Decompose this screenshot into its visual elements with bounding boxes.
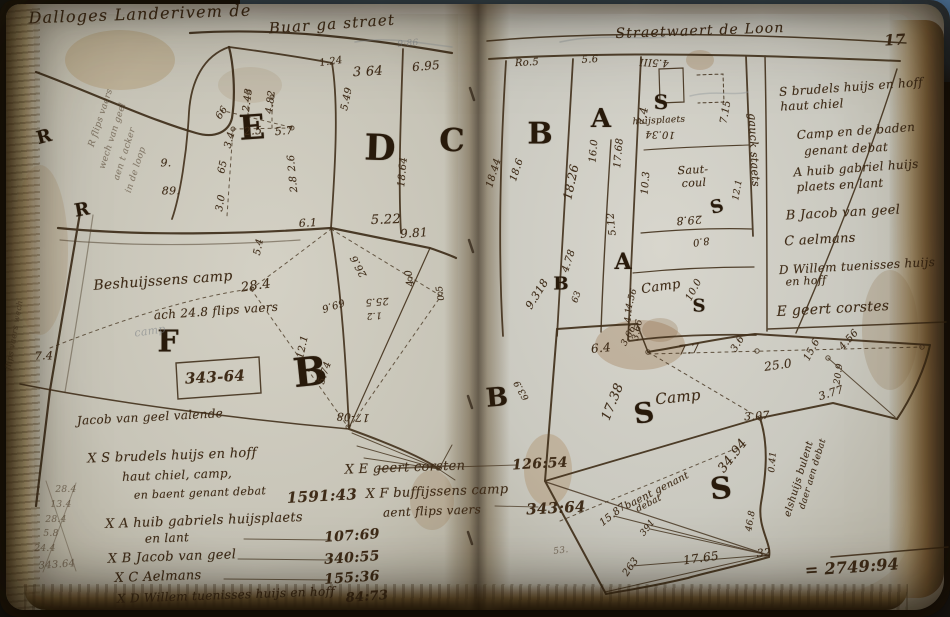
map-label: 63 bbox=[570, 290, 584, 305]
map-label: 1591:43 bbox=[286, 485, 357, 507]
map-label: 5.12 bbox=[605, 212, 618, 236]
map-label: 2.6 bbox=[286, 154, 298, 172]
map-label: 89. bbox=[162, 185, 180, 198]
map-label: 5.4 bbox=[252, 238, 266, 257]
map-label: 4.56 bbox=[837, 328, 861, 353]
map-label: 0.5 bbox=[435, 285, 447, 302]
map-label: plaets en lant bbox=[796, 176, 884, 195]
map-label: 66 bbox=[214, 104, 231, 121]
map-label: 3.77 bbox=[817, 383, 845, 403]
plot-letter: S bbox=[708, 195, 726, 219]
map-label: 6.4 bbox=[590, 340, 611, 356]
map-label: Camp bbox=[640, 277, 681, 297]
map-label: 126:54 bbox=[512, 455, 568, 474]
handwriting-layer: Dalloges Landerivem de Buar ga straet St… bbox=[0, 0, 950, 617]
map-label: 17.65 bbox=[682, 549, 719, 568]
map-label: 2.8 bbox=[288, 175, 300, 193]
map-label: 7.7 bbox=[677, 341, 700, 358]
map-label: 10.3 bbox=[639, 171, 652, 195]
map-label: 65 bbox=[216, 159, 230, 174]
map-label: Ro.5 bbox=[515, 57, 540, 69]
plot-letter: D bbox=[364, 126, 397, 169]
map-label: 340:55 bbox=[324, 548, 381, 568]
map-label: en baent genant debat bbox=[134, 484, 267, 502]
map-label: E geert corstes bbox=[776, 298, 889, 320]
map-label: X C Aelmans bbox=[114, 568, 202, 586]
map-label: 18.6 bbox=[508, 157, 526, 183]
left-street-name: Buar ga straet bbox=[268, 11, 395, 38]
map-label: 24.4 bbox=[34, 544, 55, 554]
map-label: X B Jacob van geel bbox=[108, 547, 237, 566]
map-label: 5.7 bbox=[274, 124, 293, 139]
map-label: 28.4 bbox=[55, 485, 76, 495]
map-label: 3 64 bbox=[353, 64, 384, 81]
photo-of-manuscript-book: Dalloges Landerivem de Buar ga straet St… bbox=[0, 0, 950, 617]
map-label: 343-64 bbox=[184, 366, 245, 387]
map-label: 46.8 bbox=[744, 510, 758, 533]
map-label: 18.26 bbox=[560, 163, 581, 201]
map-label: 53. bbox=[553, 545, 569, 557]
map-label: X F buffijssens camp bbox=[365, 482, 508, 502]
map-label: 13.4 bbox=[50, 500, 71, 510]
map-label: 26.6 bbox=[349, 253, 370, 279]
plot-letter: B bbox=[485, 382, 510, 414]
map-label: 6.1 bbox=[298, 216, 317, 230]
plot-letter: S bbox=[654, 90, 668, 114]
map-label: 15.87 bbox=[598, 501, 629, 528]
page-number: 17 bbox=[884, 30, 906, 49]
map-label: 18.44 bbox=[484, 157, 503, 189]
map-label: 9.318 bbox=[523, 277, 552, 312]
map-label: 4.5III bbox=[639, 56, 669, 69]
map-label: en lant bbox=[145, 530, 190, 546]
map-label: genant debat bbox=[804, 140, 889, 158]
map-label: 7.4 bbox=[35, 350, 53, 363]
map-label: Beshuijssens camp bbox=[93, 268, 233, 294]
map-label: flips vaers wech bbox=[3, 300, 24, 371]
map-label: Jacob van geel valende bbox=[77, 406, 224, 428]
map-label: X A huib gabriels huijsplaets bbox=[105, 510, 303, 532]
map-label: 1.2 bbox=[366, 309, 382, 320]
map-label: 17.38 bbox=[599, 381, 627, 423]
plot-letter: S bbox=[632, 395, 657, 430]
map-label: 4.82 bbox=[264, 90, 278, 115]
map-label: 9. bbox=[160, 157, 171, 170]
map-label: 8.0 bbox=[692, 234, 710, 247]
map-label: = 2749:94 bbox=[804, 554, 899, 580]
map-label: 5.8 bbox=[43, 529, 58, 539]
map-label: 3.4 bbox=[223, 130, 238, 149]
map-label: 16.0 bbox=[587, 139, 600, 163]
map-label: haut chiel bbox=[780, 96, 844, 113]
map-label: 18.64 bbox=[396, 157, 410, 188]
map-label: 20.9 bbox=[833, 363, 846, 385]
map-label: 4.1 bbox=[623, 307, 634, 323]
map-label: 17-08 bbox=[336, 410, 370, 425]
map-label: 25.5 bbox=[365, 295, 389, 308]
map-label: 29.8 bbox=[676, 213, 703, 228]
plot-letter: A bbox=[591, 104, 611, 134]
map-label: 4.78 bbox=[560, 248, 578, 274]
plot-letter: S bbox=[693, 296, 706, 317]
map-label: B Jacob van geel bbox=[785, 203, 900, 224]
plot-letter: B bbox=[527, 117, 552, 152]
plot-letter: R bbox=[34, 125, 54, 149]
left-page-title: Dalloges Landerivem de bbox=[28, 1, 252, 28]
map-label: aent flips vaers bbox=[383, 502, 482, 519]
plot-letter: A bbox=[614, 249, 631, 275]
map-label: ach 24.8 flips vaers bbox=[153, 300, 278, 323]
map-label: A huib gabriel huijs bbox=[793, 157, 919, 180]
map-label: 0.41 bbox=[767, 451, 779, 473]
map-label: 63.9 bbox=[512, 378, 531, 401]
map-label: 4.0 bbox=[403, 269, 417, 287]
map-label: 25.0 bbox=[763, 356, 793, 374]
plot-letter: S bbox=[709, 471, 734, 508]
map-label: 343:64 bbox=[526, 497, 586, 518]
map-label: C aelmans bbox=[784, 231, 856, 250]
map-label: 5.6 bbox=[581, 54, 598, 66]
map-label: 3.07 bbox=[744, 409, 771, 424]
plot-letter: B bbox=[553, 274, 568, 295]
map-label: 391 bbox=[638, 518, 657, 538]
map-label: X E geert corsten bbox=[344, 458, 465, 477]
map-label: 84:73 bbox=[345, 588, 388, 606]
map-label: 12.1 bbox=[731, 179, 745, 202]
map-label: 5.49 bbox=[339, 86, 355, 111]
map-label: 7.15 bbox=[719, 99, 734, 124]
map-label: 3.6 bbox=[729, 334, 747, 354]
map-label: 6.95 bbox=[411, 58, 440, 74]
plot-letter: C bbox=[439, 121, 464, 159]
plot-letter: R bbox=[73, 198, 91, 221]
map-label: 9.81 bbox=[400, 225, 429, 241]
map-label: 28.4 bbox=[45, 515, 66, 525]
right-street-name: Straetwaert de Loon bbox=[615, 20, 785, 42]
map-label: coul bbox=[681, 176, 706, 190]
map-label: 9·86 bbox=[397, 38, 419, 50]
map-label: en hoff bbox=[785, 273, 827, 288]
map-label: 34.94 bbox=[715, 436, 751, 476]
map-label: 1.24 bbox=[319, 55, 344, 69]
map-label: Camp bbox=[654, 386, 701, 409]
map-label: 17.68 bbox=[612, 138, 626, 169]
map-label: X D Willem tuenisses huijs en hoff bbox=[117, 584, 335, 606]
map-label: gauck staets bbox=[746, 113, 763, 187]
map-label: baent genant bbox=[623, 470, 691, 512]
map-label: 2.5 bbox=[243, 124, 262, 139]
map-label: Camp en de baden bbox=[796, 120, 915, 142]
map-label: 107:69 bbox=[324, 526, 381, 546]
map-label: 5.22 bbox=[371, 212, 402, 228]
map-label: 263 bbox=[621, 556, 641, 579]
map-label: 32 bbox=[756, 546, 772, 560]
map-label: S brudels huijs en hoff bbox=[779, 75, 924, 99]
map-label: X S brudels huijs en hoff bbox=[87, 446, 257, 467]
map-label: 69.6 bbox=[320, 296, 346, 314]
map-label: 10.34 bbox=[645, 128, 676, 140]
map-label: 343.64 bbox=[38, 558, 75, 572]
map-label: 15.6 bbox=[802, 337, 823, 363]
map-label: haut chiel, camp, bbox=[122, 466, 232, 484]
map-label: 28.4 bbox=[240, 276, 272, 295]
map-label: 3.0 bbox=[214, 194, 228, 212]
